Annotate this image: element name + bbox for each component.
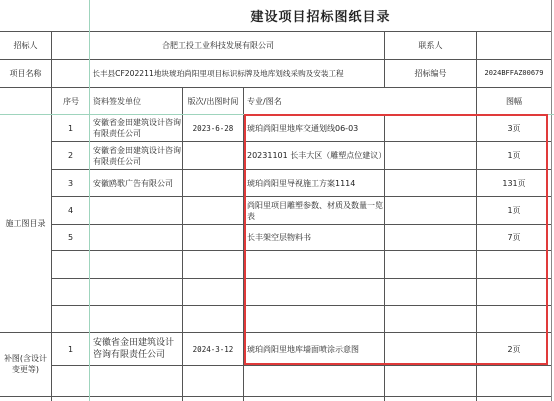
row-size[interactable]: 2页 [477, 333, 551, 365]
row-drawing-name[interactable]: 尚阳里项目雕塑参数、材质及数量一览表 [244, 197, 384, 224]
row-size[interactable]: 1页 [477, 197, 551, 224]
row-issuer[interactable]: 安徽省金田建筑设计咨询有限责任公司 [90, 333, 182, 365]
project-name-value[interactable]: 长丰县CF202211地块琥珀尚阳里项目标识标牌及地库划线采购及安装工程 [52, 59, 384, 87]
column-header-seq: 序号 [52, 87, 90, 115]
row-seq: 3 [52, 170, 89, 196]
row-date[interactable] [183, 225, 243, 250]
row-size[interactable]: 7页 [477, 225, 551, 250]
row-issuer[interactable]: 安徽省金田建筑设计咨询有限责任公司 [90, 142, 182, 169]
tenderer-value[interactable]: 合肥工投工业科技发展有限公司 [52, 31, 384, 59]
row-seq: 2 [52, 142, 89, 169]
row-issuer[interactable]: 安徽省金田建筑设计咨询有限责任公司 [90, 115, 182, 141]
column-header-issuer: 资料签发单位 [90, 87, 182, 115]
row-issuer[interactable] [90, 225, 182, 250]
row-date[interactable] [183, 197, 243, 224]
row-issuer[interactable] [90, 197, 182, 224]
row-drawing-name[interactable]: 琥珀尚阳里地库交通划线06-03 [244, 115, 384, 141]
section-label-supplement: 补图(含设计变更等) [0, 332, 51, 396]
row-seq: 1 [52, 115, 89, 141]
row-drawing-name[interactable]: 长丰架空层物料书 [244, 225, 384, 250]
tender-drawing-list-sheet: 建设项目招标图纸目录 招标人 合肥工投工业科技发展有限公司 联系人 项目名称 长… [0, 0, 554, 401]
section-label-construction: 施工图目录 [0, 115, 51, 332]
empty-row[interactable] [52, 366, 551, 396]
tender-number-label: 招标编号 [385, 59, 476, 87]
document-title: 建设项目招标图纸目录 [90, 0, 551, 31]
row-drawing-name[interactable]: 20231101 长丰大区（雕塑点位建议） [244, 142, 384, 169]
empty-row[interactable] [52, 306, 551, 332]
row-drawing-name[interactable]: 琥珀尚阳里地库墙面喷涂示意图 [244, 333, 384, 365]
row-drawing-name[interactable]: 琥珀尚阳里导视施工方案1114 [244, 170, 384, 196]
row-seq: 1 [52, 333, 89, 365]
contact-value[interactable] [477, 31, 551, 59]
row-date[interactable] [183, 142, 243, 169]
gridline [0, 396, 552, 397]
column-header-size: 图幅 [477, 87, 551, 115]
tender-number-value[interactable]: 2024BFFAZ00679 [477, 59, 551, 87]
row-date[interactable]: 2023-6-28 [183, 115, 243, 141]
row-issuer[interactable]: 安徽鸥歌广告有限公司 [90, 170, 182, 196]
row-date[interactable]: 2024-3-12 [183, 333, 243, 365]
empty-row[interactable] [52, 251, 551, 278]
column-header-version-date: 版次/出图时间 [183, 87, 243, 115]
row-size[interactable]: 131页 [477, 170, 551, 196]
tenderer-label: 招标人 [0, 31, 51, 59]
row-size[interactable]: 3页 [477, 115, 551, 141]
empty-row[interactable] [52, 279, 551, 305]
contact-label: 联系人 [385, 31, 476, 59]
row-date[interactable] [183, 170, 243, 196]
column-header-discipline-name: 专业/图名 [244, 87, 476, 115]
row-size[interactable]: 1页 [477, 142, 551, 169]
row-seq: 4 [52, 197, 89, 224]
sheet-right-edge [551, 0, 552, 401]
row-seq: 5 [52, 225, 89, 250]
project-name-label: 项目名称 [0, 59, 51, 87]
